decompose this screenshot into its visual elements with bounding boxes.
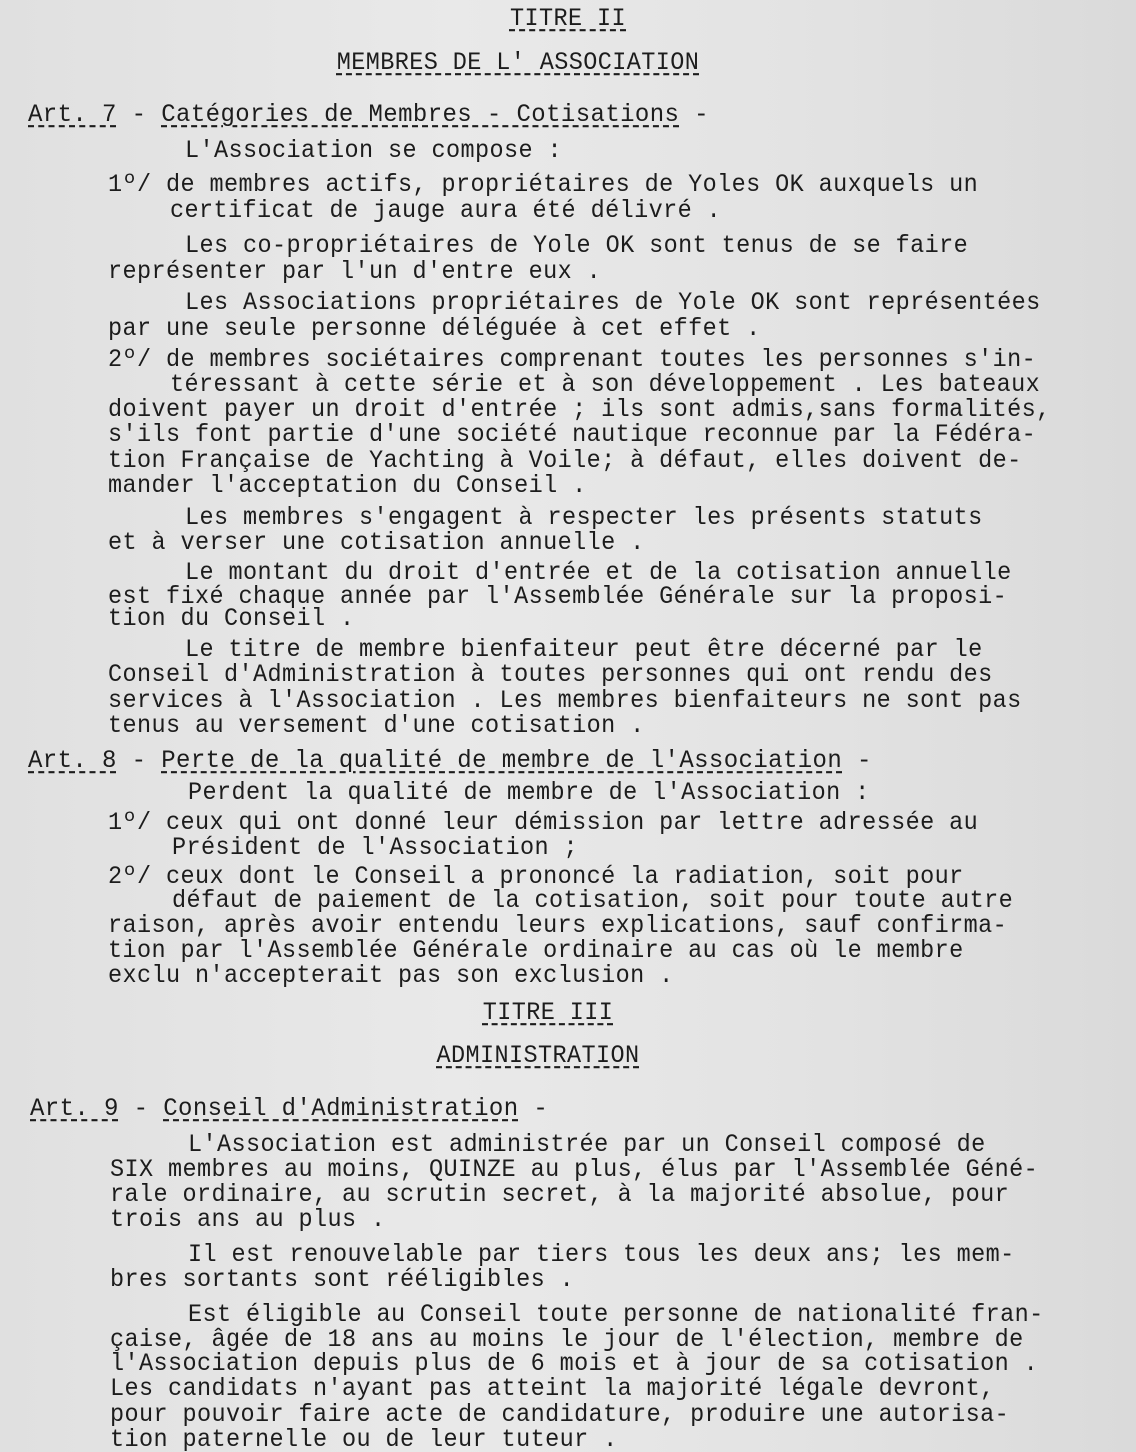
article-9-label: Art. 9 bbox=[30, 1095, 119, 1123]
article-8-heading: Art. 8 - Perte de la qualité de membre d… bbox=[28, 748, 872, 775]
titre-2-subheading: MEMBRES DE L' ASSOCIATION bbox=[0, 50, 1086, 77]
titre-3-heading: TITRE III bbox=[0, 1000, 1116, 1027]
paragraph-line: tion paternelle ou de leur tuteur . bbox=[110, 1427, 618, 1452]
article-9-heading: Art. 9 - Conseil d'Administration - bbox=[30, 1096, 548, 1123]
paragraph-line: 1º/ de membres actifs, propriétaires de … bbox=[108, 172, 978, 199]
paragraph-line: Les co-propriétaires de Yole OK sont ten… bbox=[185, 233, 968, 260]
paragraph-line: L'Association se compose : bbox=[185, 138, 562, 165]
paragraph-line: bres sortants sont rééligibles . bbox=[110, 1267, 574, 1294]
article-9-title: Conseil d'Administration bbox=[163, 1095, 518, 1123]
paragraph-line: tenus au versement d'une cotisation . bbox=[108, 713, 645, 740]
paragraph-line: Perdent la qualité de membre de l'Associ… bbox=[188, 780, 870, 807]
paragraph-line: représenter par l'un d'entre eux . bbox=[108, 259, 601, 286]
article-7-title: Catégories de Membres - Cotisations bbox=[161, 101, 679, 129]
paragraph-line: Les Associations propriétaires de Yole O… bbox=[185, 290, 1041, 317]
paragraph-line: Conseil d'Administration à toutes person… bbox=[108, 662, 993, 689]
paragraph-line: trois ans au plus . bbox=[110, 1207, 386, 1234]
paragraph-line: mander l'acceptation du Conseil . bbox=[108, 473, 587, 500]
paragraph-line: et à verser une cotisation annuelle . bbox=[108, 530, 645, 557]
paragraph-line: exclu n'accepterait pas son exclusion . bbox=[108, 963, 674, 990]
paragraph-line: tion du Conseil . bbox=[108, 606, 355, 633]
article-8-title: Perte de la qualité de membre de l'Assoc… bbox=[161, 747, 842, 775]
article-8-label: Art. 8 bbox=[28, 747, 117, 775]
paragraph-line: par une seule personne déléguée à cet ef… bbox=[108, 316, 761, 343]
paragraph-line: s'ils font partie d'une société nautique… bbox=[108, 422, 1036, 449]
scanned-document-page: TITRE II MEMBRES DE L' ASSOCIATION Art. … bbox=[0, 0, 1136, 1452]
paragraph-line: certificat de jauge aura été délivré . bbox=[170, 198, 721, 225]
article-7-heading: Art. 7 - Catégories de Membres - Cotisat… bbox=[28, 102, 709, 129]
paragraph-line: Les candidats n'ayant pas atteint la maj… bbox=[110, 1376, 995, 1403]
paragraph-line: Président de l'Association ; bbox=[172, 835, 578, 862]
article-7-label: Art. 7 bbox=[28, 101, 117, 129]
titre-2-heading: TITRE II bbox=[0, 6, 1136, 33]
titre-3-subheading: ADMINISTRATION bbox=[0, 1043, 1106, 1070]
